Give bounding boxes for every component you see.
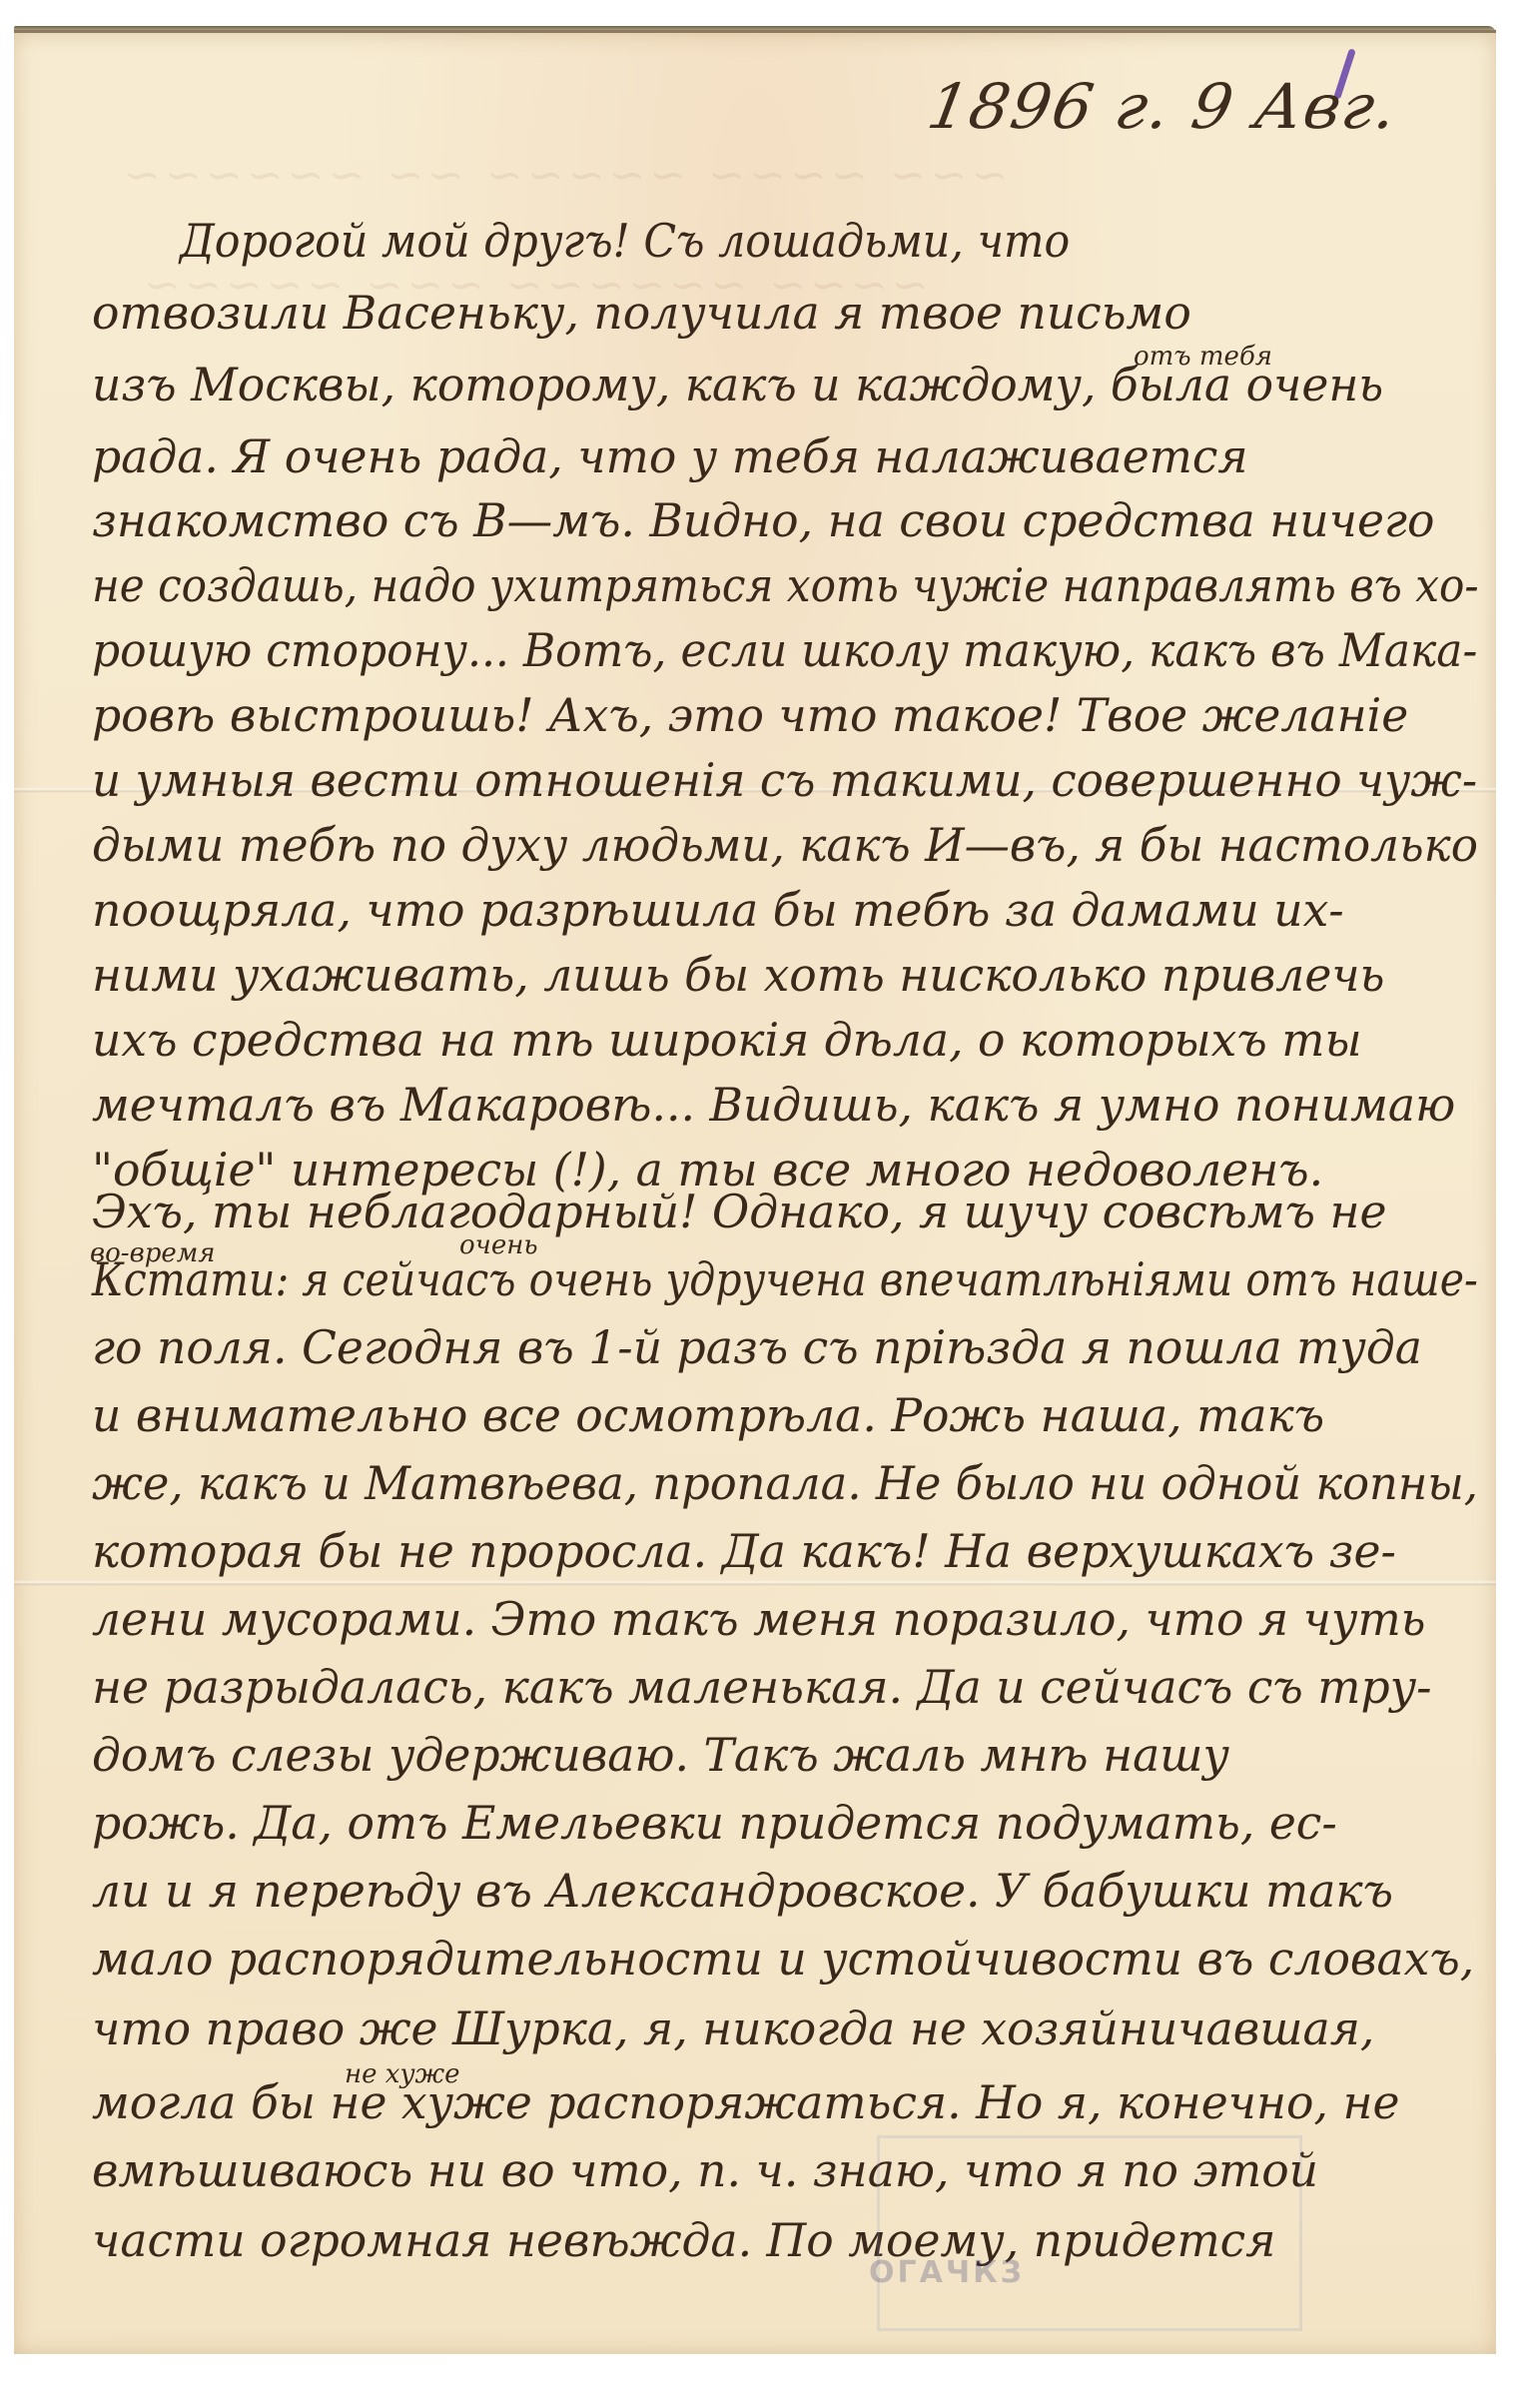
letter-line: не создашь, надо ухитряться хоть чужіе н… [92, 562, 1372, 608]
letter-line: го поля. Сегодня въ 1-й разъ съ пріѣзда … [92, 1324, 1477, 1370]
interlinear-insertion: во-время [90, 1238, 216, 1268]
interlinear-insertion: не хуже [345, 2059, 459, 2089]
letter-line: знакомство съ В—мъ. Видно, на свои средс… [92, 497, 1477, 543]
letter-line: поощряла, что разрѣшила бы тебѣ за дамам… [92, 887, 1477, 933]
letter-line: ними ухаживать, лишь бы хоть нисколько п… [92, 952, 1477, 998]
letter-line: рошую сторону... Вотъ, если школу такую,… [92, 627, 1427, 673]
letter-line: Эхъ, ты неблагодарный! Однако, я шучу со… [92, 1189, 1477, 1234]
letter-date: 1896 г. 9 Авг. [923, 70, 1404, 143]
letter-line: Дорогой мой другъ! Съ лошадьми, что [180, 218, 1479, 264]
letter-line: ли и я переѣду въ Александровское. У баб… [92, 1868, 1477, 1914]
letter-line: что право же Шурка, я, никогда не хозяйн… [92, 2005, 1477, 2051]
interlinear-insertion: очень [459, 1230, 538, 1260]
letter-line: ихъ средства на тѣ широкія дѣла, о котор… [92, 1017, 1477, 1063]
letter-line: мало распорядительности и устойчивости в… [92, 1936, 1477, 1982]
letter-line: не разрыдалась, какъ маленькая. Да и сей… [92, 1664, 1477, 1710]
archive-stamp: ОГАЧКЗ [869, 2255, 1025, 2290]
bleed-through-text: ~~~ ~~~~ ~~~~~ ~~ ~~~~~~ [120, 150, 1008, 201]
letter-line: домъ слезы удерживаю. Такъ жаль мнѣ нашу [92, 1732, 1477, 1778]
letter-line: лени мусорами. Это такъ меня поразило, ч… [92, 1596, 1477, 1642]
letter-line: и умныя вести отношенія съ такими, совер… [92, 757, 1468, 803]
letter-line: и внимательно все осмотрѣла. Рожь наша, … [92, 1392, 1477, 1438]
letter-line: Кстати: я сейчасъ очень удручена впечатл… [92, 1256, 1339, 1302]
archive-stamp-frame [877, 2135, 1302, 2331]
letter-line: рада. Я очень рада, что у тебя налаживае… [92, 433, 1477, 479]
letter-line: мечталъ въ Макаровѣ... Видишь, какъ я ум… [92, 1082, 1477, 1128]
letter-line: отвозили Васеньку, получила я твое письм… [92, 290, 1477, 336]
letter-line: могла бы не хуже распоряжаться. Но я, ко… [92, 2079, 1477, 2125]
letter-line: дыми тебѣ по духу людьми, какъ И—въ, я б… [92, 822, 1469, 868]
fold-crease [14, 1580, 1496, 1586]
letter-line: же, какъ и Матвѣева, пропала. Не было ни… [92, 1460, 1452, 1506]
letter-line: рожь. Да, отъ Емельевки придется подумат… [92, 1800, 1477, 1846]
interlinear-insertion: отъ тебя [1134, 342, 1272, 372]
letter-line: ровѣ выстроишь! Ахъ, это что такое! Твое… [92, 692, 1477, 738]
letter-line: которая бы не проросла. Да какъ! На верх… [92, 1528, 1477, 1574]
